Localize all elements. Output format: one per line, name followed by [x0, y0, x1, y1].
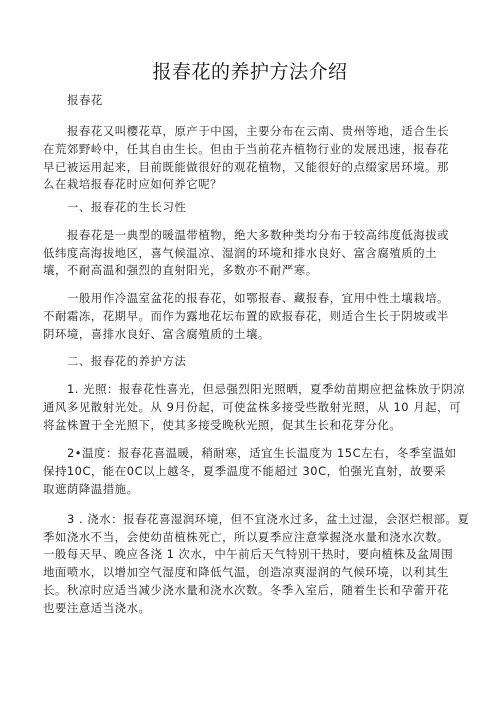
intro-line: 在荒郊野岭中，任其自由生长。但由于当前花卉植物行业的发展迅速，报春花	[43, 141, 449, 157]
section-heading-growth-habits: 一、报春花的生长习性	[67, 199, 186, 215]
document-page: 报春花的养护方法介绍 报春花 报春花又叫樱花草，原产于中国，主要分布在云南、贵州…	[0, 0, 500, 708]
growth-paragraph-line: 壤，不耐高温和强烈的直射阳光，多数亦不耐严寒。	[43, 262, 318, 278]
growth-paragraph-line: 报春花是一典型的暖温带植物，绝大多数种类均分布于较高纬度低海拔或	[67, 227, 449, 243]
document-title: 报春花的养护方法介绍	[0, 60, 500, 84]
temperature-paragraph-line: 保持10C，能在0C以上越冬，夏季温度不能超过 30C，怕强光直射，故要采	[43, 463, 446, 479]
light-paragraph-line: 1. 光照：报春花性喜光，但忌强烈阳光照晒，夏季幼苗期应把盆株放于阴凉	[67, 381, 465, 397]
temperature-paragraph-line: 取遮荫降温措施。	[43, 481, 139, 497]
watering-paragraph-line: 3 . 浇水：报春花喜湿润环境，但不宜浇水过多，盆土过湿，会沤烂根部。夏	[67, 511, 469, 527]
light-paragraph-line: 将盆株置于全光照下，使其多接受晚秋光照，促其生长和花芽分化。	[43, 417, 401, 433]
section-heading-care-methods: 二、报春花的养护方法	[67, 353, 186, 369]
growth-paragraph-line: 不耐霜冻，花期早。而作为露地花坛布置的欧报春花，则适合生长于阴坡或半	[43, 308, 449, 324]
watering-paragraph-line: 地面喷水，以增加空气湿度和降低气温，创造凉爽湿润的气候环境，以利其生	[43, 564, 449, 580]
intro-line: 早已被运用起来，目前既能做很好的观花植物，又能很好的点缀家居环境。那	[43, 159, 449, 175]
watering-paragraph-line: 季如浇水不当，会使幼苗植株死亡，所以夏季应注意掌握浇水量和浇水次数。	[43, 529, 449, 545]
intro-line: 么在栽培报春花时应如何养它呢？	[43, 176, 222, 192]
light-paragraph-line: 通风多见散射光处。从 9月份起，可使盆株多接受些散射光照，从 10 月起，可	[43, 399, 461, 415]
growth-paragraph-line: 低纬度高海拔地区，喜气候温凉、湿润的环境和排水良好、富含腐殖质的土	[43, 245, 437, 261]
watering-paragraph-line: 长。秋凉时应适当减少浇水量和浇水次数。冬季入室后，随着生长和孕蕾开花	[43, 582, 449, 598]
document-subtitle: 报春花	[67, 92, 103, 108]
temperature-paragraph-line: 2•温度：报春花喜温暖，稍耐寒，适宜生长温度为 15C左右，冬季室温如	[67, 445, 457, 461]
intro-line: 报春花又叫樱花草，原产于中国，主要分布在云南、贵州等地，适合生长	[67, 123, 449, 139]
watering-paragraph-line: 也要注意适当浇水。	[43, 600, 150, 616]
growth-paragraph-line: 一般用作冷温室盆花的报春花，如鄂报春、藏报春，宜用中性土壤栽培。	[67, 290, 449, 306]
growth-paragraph-line: 阴环境，喜排水良好、富含腐殖质的土壤。	[43, 326, 270, 342]
watering-paragraph-line: 一般每天早、晚应各浇 1 次水，中午前后天气特别干热时，要向植株及盆周围	[43, 546, 453, 562]
